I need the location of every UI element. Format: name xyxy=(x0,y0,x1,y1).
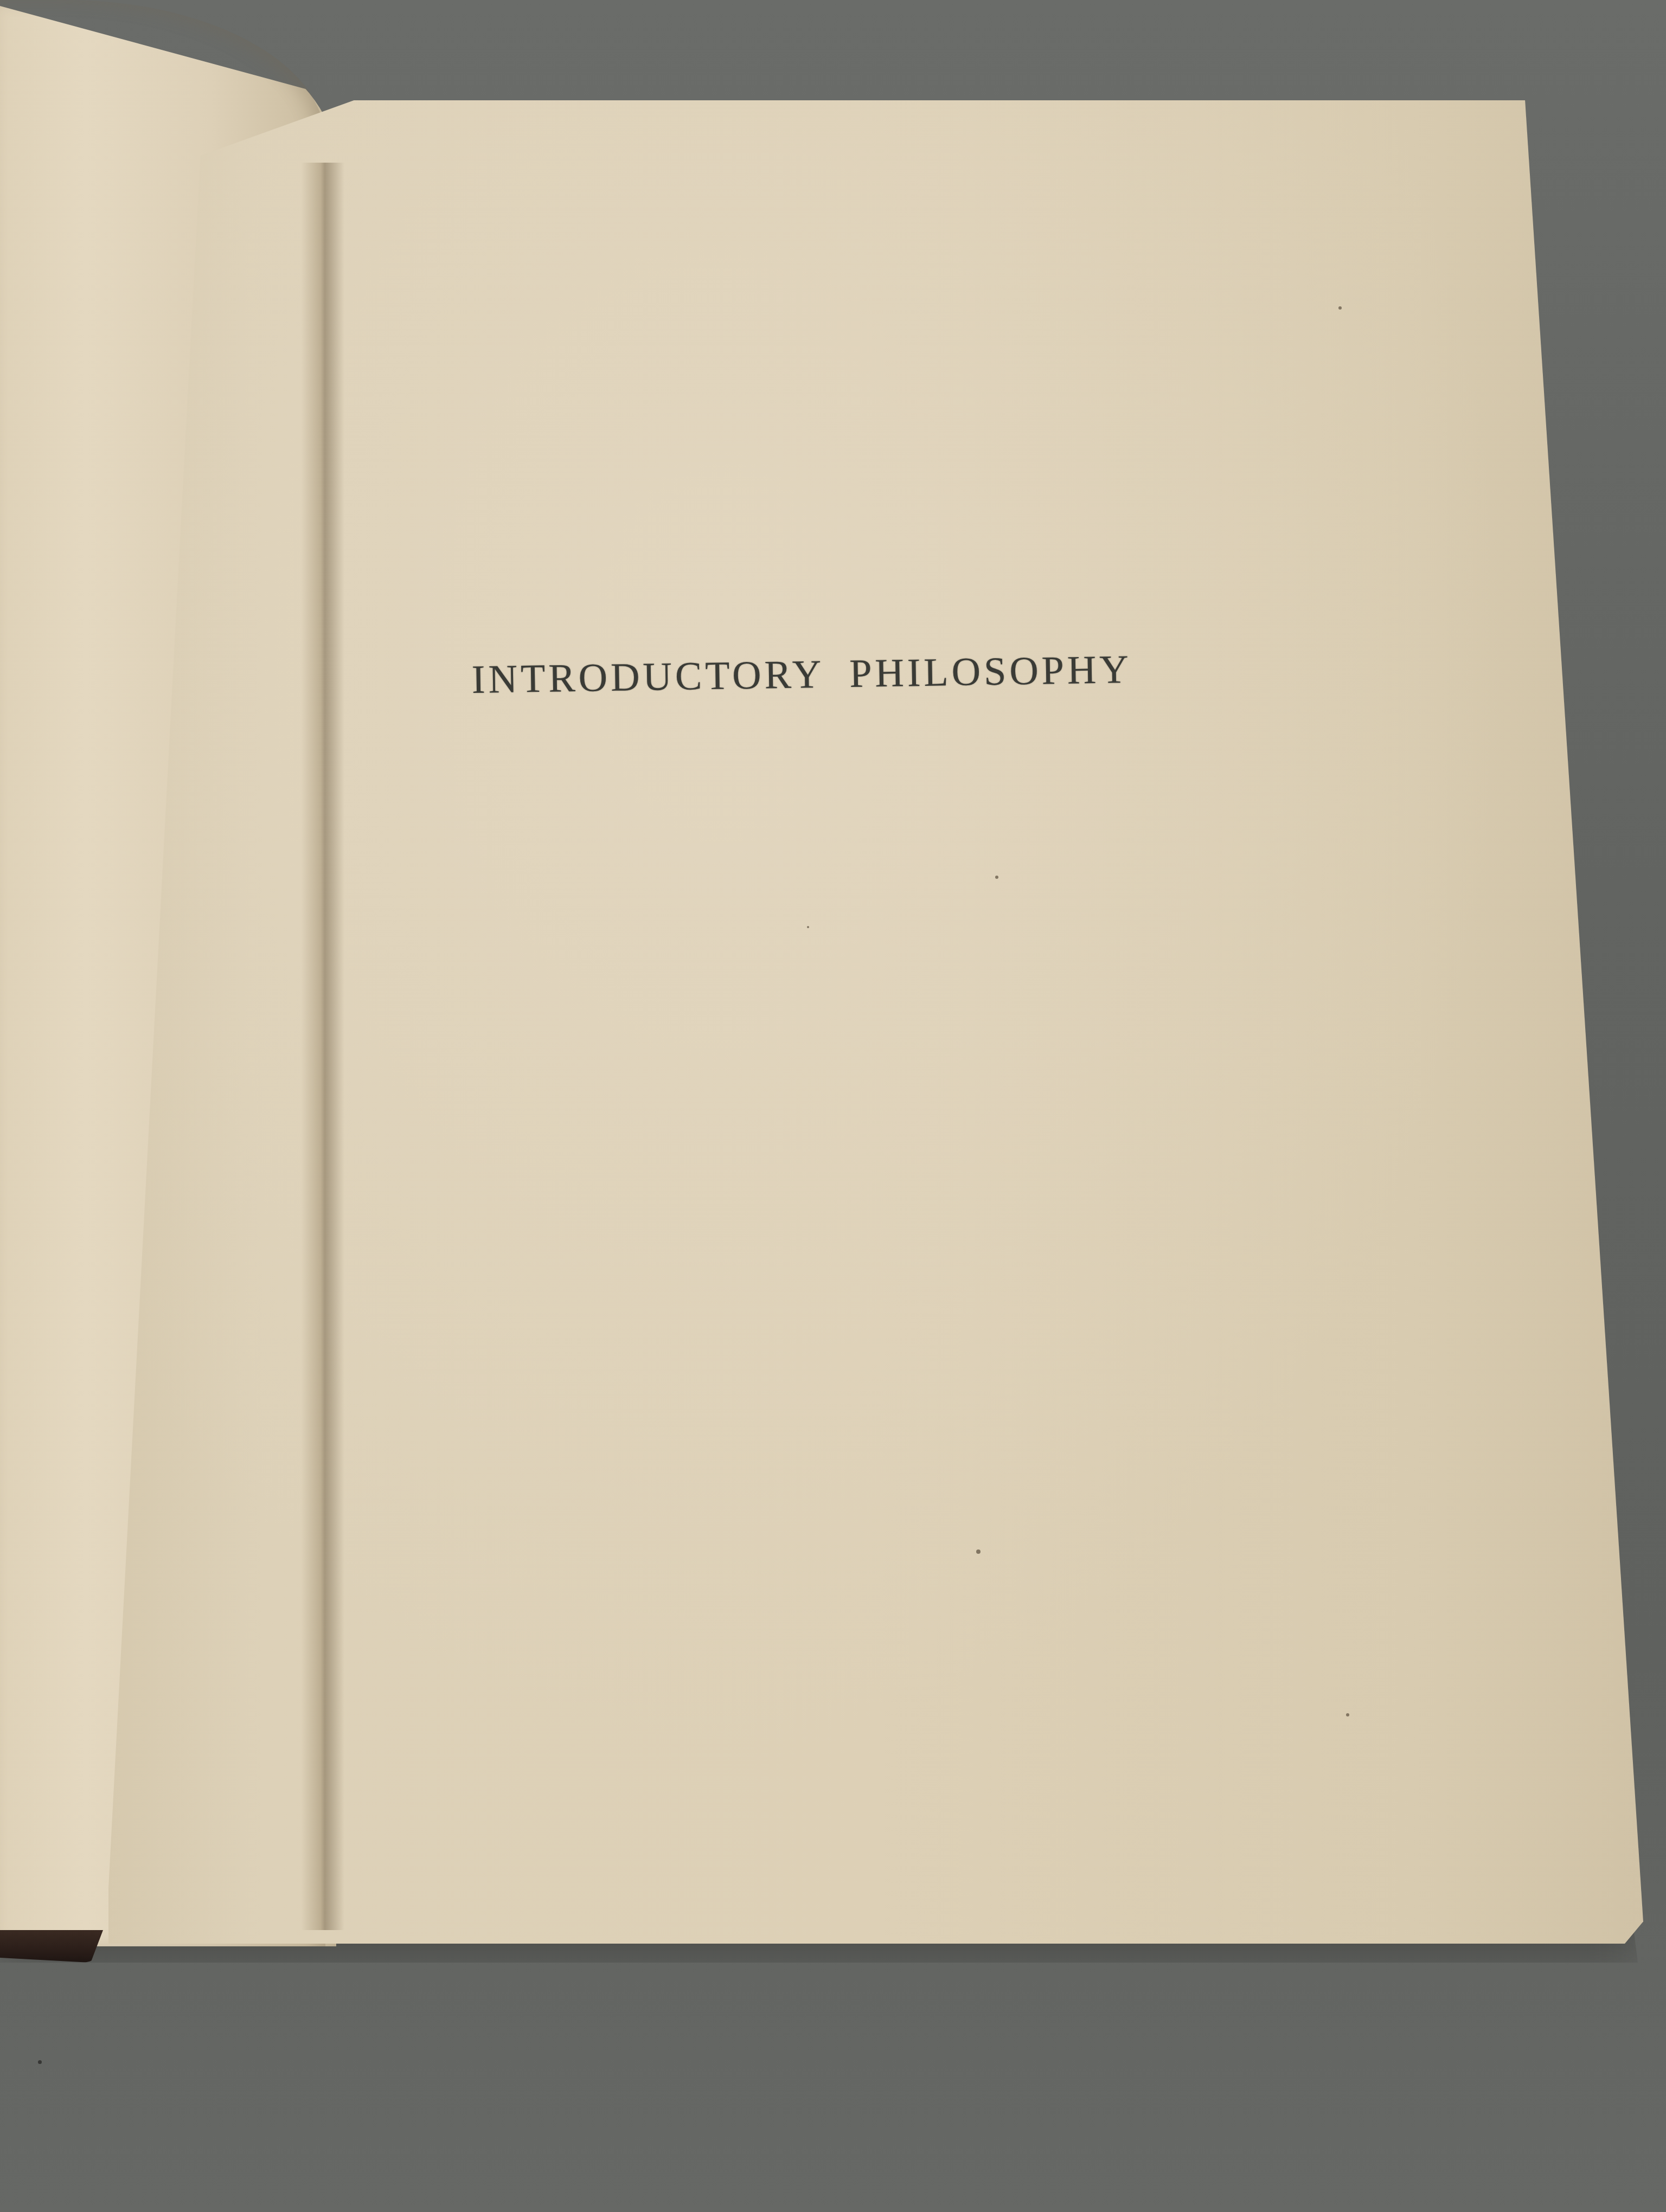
book-spine-fragment xyxy=(0,1930,103,1963)
paper-speck xyxy=(1346,1713,1349,1716)
paper-speck xyxy=(995,876,998,879)
paper-speck xyxy=(976,1549,981,1554)
paper-speck xyxy=(807,926,809,928)
title-word-2: PHILOSOPHY xyxy=(849,647,1132,697)
book-gutter xyxy=(301,163,344,1930)
title-word-1: INTRODUCTORY xyxy=(471,652,825,703)
paper-speck xyxy=(1338,306,1342,310)
table-speck xyxy=(38,2060,42,2064)
photo-scene: INTRODUCTORYPHILOSOPHY xyxy=(0,0,1666,2212)
